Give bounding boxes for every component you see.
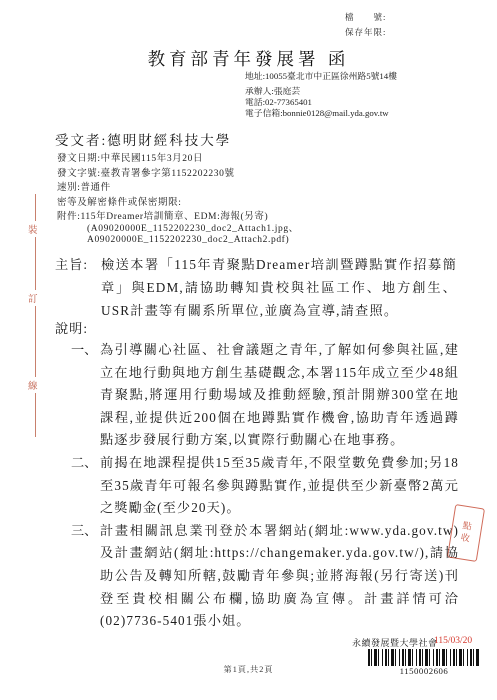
subject-label: 主旨: [55,253,101,322]
filing-block: 檔 號: 保存年限: [345,10,386,40]
item-text: 計畫相關訊息業刊登於本署網站(網址:www.yda.gov.tw)及計畫網站(網… [100,520,459,633]
received-date-stamp: 115/03/20 [434,636,472,646]
red-side-stamp-text: 點收 [458,520,475,546]
binding-char-xian: 線 [28,377,38,393]
item-number: 三、 [71,520,100,633]
recipient-line: 受文者:德明財經科技大學 [55,129,231,149]
retention-label: 保存年限: [345,25,386,40]
item-number: 一、 [71,339,100,452]
agency-address: 地址:10055臺北市中正區徐州路5號14樓 [245,71,397,82]
agency-title: 教育部青年發展署 函 [0,46,497,71]
security-line: 密等及解密條件或保密期限: [57,196,449,211]
speed-line: 速別:普通件 [57,181,449,196]
explanation-item-3: 三、 計畫相關訊息業刊登於本署網站(網址:www.yda.gov.tw)及計畫網… [71,520,459,633]
agency-email: 電子信箱:bonnie0128@mail.yda.gov.tw [245,108,397,119]
explanation-label: 說明: [55,318,88,337]
item-number: 二、 [71,452,100,520]
item-text: 為引導關心社區、社會議題之青年,了解如何參與社區,建立在地行動與地方創生基礎觀念… [100,339,459,452]
meta-block: 發文日期:中華民國115年3月20日 發文字號:臺教青署參字第115220223… [57,152,449,247]
subject-text: 檢送本署「115年青聚點Dreamer培訓暨蹲點實作招募簡章」與EDM,請協助轉… [101,253,457,322]
attachment-line: 附件:115年Dreamer培訓簡章、EDM:海報(另寄) (A09020000… [57,212,465,247]
explanation-item-2: 二、 前揭在地課程提供15至35歲青年,不限堂數免費參加;另18至35歲青年可報… [71,452,459,520]
agency-contact-person: 承辦人:張庭芸 [245,86,397,97]
received-stamp: 永續發展暨大學社會 115/03/20 [352,636,484,649]
item-text: 前揭在地課程提供15至35歲青年,不限堂數免費參加;另18至35歲青年可報名參與… [100,452,459,520]
subject-section: 主旨: 檢送本署「115年青聚點Dreamer培訓暨蹲點實作招募簡章」與EDM,… [55,253,457,322]
page-number-footer: 第1頁,共2頁 [0,664,497,675]
explanation-item-1: 一、 為引導關心社區、社會議題之青年,了解如何參與社區,建立在地行動與地方創生基… [71,339,459,452]
official-letter-page: 檔 號: 保存年限: 教育部青年發展署 函 地址:10055臺北市中正區徐州路5… [0,0,497,700]
issue-date-line: 發文日期:中華民國115年3月20日 [57,152,449,167]
doc-number-line: 發文字號:臺教青署參字第1152202230號 [57,167,449,182]
file-no-label: 檔 號: [345,10,386,25]
agency-phone: 電話:02-77365401 [245,97,397,108]
binding-char-zhuang: 裝 [28,221,38,237]
explanation-items: 一、 為引導關心社區、社會議題之青年,了解如何參與社區,建立在地行動與地方創生基… [71,339,459,633]
agency-info-block: 地址:10055臺北市中正區徐州路5號14樓 承辦人:張庭芸 電話:02-773… [245,71,397,119]
received-dept-text: 永續發展暨大學社會 [352,636,438,649]
binding-char-ding: 訂 [28,290,38,306]
